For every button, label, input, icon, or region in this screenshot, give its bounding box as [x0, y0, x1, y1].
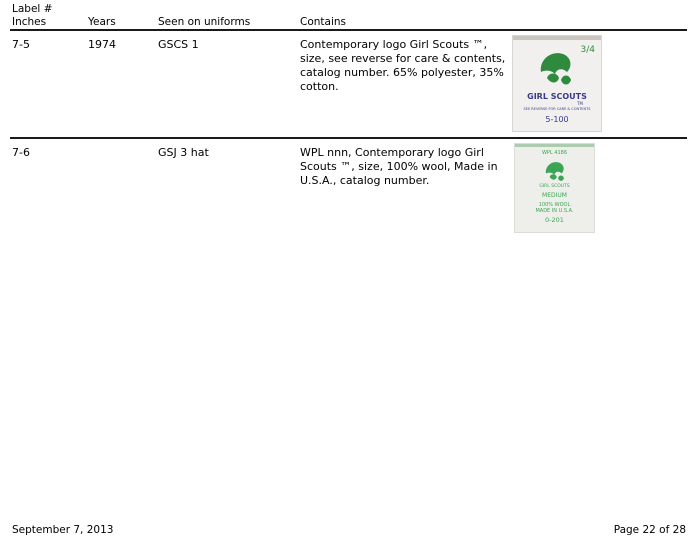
header-years: Years [88, 16, 116, 28]
row-seen: GSJ 3 hat [158, 146, 209, 160]
header-contains: Contains [300, 16, 346, 28]
footer-page-number: Page 22 of 28 [614, 524, 686, 536]
row-contains: WPL nnn, Contemporary logo Girl Scouts ™… [300, 146, 515, 188]
label-brand: GIRL SCOUTS [513, 92, 601, 101]
label-catalog: 0-201 [515, 216, 594, 224]
row-contains: Contemporary logo Girl Scouts ™, size, s… [300, 38, 515, 94]
label-care: SEE REVERSE FOR CARE & CONTENTS [513, 107, 601, 111]
row-label: 7-5 [12, 38, 30, 52]
label-brand: GIRL SCOUTS [515, 184, 594, 189]
trefoil-logo-icon [535, 48, 577, 88]
trefoil-logo-icon [542, 159, 568, 183]
label-size: MEDIUM [515, 192, 594, 199]
header-seen-on-uniforms: Seen on uniforms [158, 16, 250, 28]
label-image-7-5: 3/4 GIRL SCOUTS TM SEE REVERSE FOR CARE … [512, 35, 602, 132]
label-size: 3/4 [581, 46, 595, 55]
row-years: 1974 [88, 38, 116, 52]
header-divider [10, 29, 687, 31]
header-inches: Inches [12, 16, 46, 28]
label-catalog: 5-100 [513, 115, 601, 124]
label-tm: TM [577, 101, 583, 106]
row-label: 7-6 [12, 146, 30, 160]
label-wpl: WPL 4186 [515, 150, 594, 156]
label-origin: MADE IN U.S.A. [515, 208, 594, 214]
footer-date: September 7, 2013 [12, 524, 113, 536]
row-divider [10, 137, 687, 139]
label-image-7-6: WPL 4186 GIRL SCOUTS MEDIUM 100% WOOL MA… [514, 143, 595, 233]
row-seen: GSCS 1 [158, 38, 199, 52]
header-label-number: Label # [12, 3, 52, 15]
